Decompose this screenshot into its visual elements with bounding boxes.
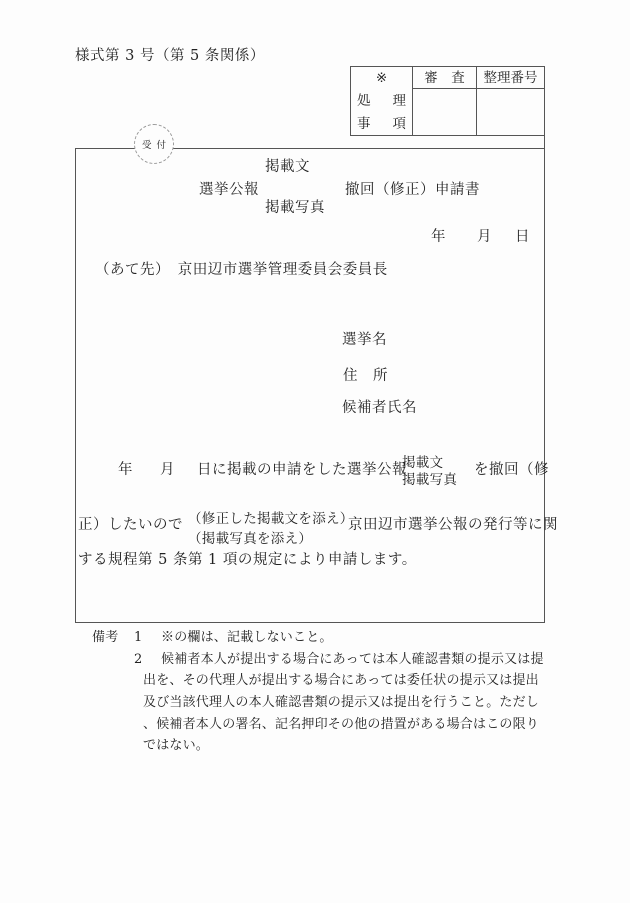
note-line: 候補者本人が提出する場合にあっては本人確認書類の提示又は提 [161, 651, 544, 669]
process-label-char: 処 [357, 89, 371, 109]
date-year-label: 年 [431, 228, 446, 248]
receipt-stamp: 受付 [134, 124, 174, 164]
form-page: 様式第 3 号（第 5 条関係） ※ 処 理 事 項 審 査 整理番号 受付 [0, 0, 630, 903]
title-main: 撤回（修正）申請書 [345, 181, 480, 201]
examination-blank-cell [413, 89, 476, 135]
reference-number-blank-cell [477, 89, 544, 135]
receipt-stamp-label: 受付 [137, 137, 171, 151]
note-line: ※の欄は、記載しないこと。 [161, 629, 333, 647]
date-day-label: 日 [515, 228, 530, 248]
body-year-label: 年 [118, 461, 133, 481]
process-table: ※ 処 理 事 項 審 査 整理番号 [350, 66, 545, 136]
body-line1-text: 日に掲載の申請をした選挙公報 [197, 461, 407, 481]
addressee: （あて先） 京田辺市選挙管理委員会委員長 [95, 261, 388, 281]
process-label-char: 項 [393, 112, 407, 132]
reference-number-header: 整理番号 [477, 67, 544, 89]
body-attach-option-top: （修正した掲載文を添え） [188, 510, 354, 528]
note-line: 出を、その代理人が提出する場合にあっては委任状の提示又は提出 [143, 672, 539, 690]
body-option-bottom: 掲載写真 [402, 471, 457, 489]
process-label-char: 事 [357, 112, 371, 132]
note-number: 2 [134, 651, 142, 669]
body-line3: する規程第 5 条第 1 項の規定により申請します。 [78, 551, 417, 571]
note-line: 及び当該代理人の本人確認書類の提示又は提出を行うこと。ただし [143, 694, 539, 712]
asterisk-mark: ※ [357, 70, 406, 86]
title-option-top: 掲載文 [265, 158, 310, 178]
reference-number-column: 整理番号 [477, 67, 544, 135]
title-option-bottom: 掲載写真 [265, 199, 325, 219]
examination-column: 審 査 [413, 67, 477, 135]
note-number: 1 [134, 629, 142, 647]
process-items-cell: ※ 処 理 事 項 [351, 67, 413, 135]
form-number: 様式第 3 号（第 5 条関係） [75, 47, 265, 67]
table-box-connector-line [544, 135, 545, 149]
process-label-line1: 処 理 [357, 89, 406, 109]
field-label-address: 住 所 [343, 367, 388, 387]
note-line: ではない。 [143, 737, 209, 755]
date-month-label: 月 [477, 228, 492, 248]
body-line2-tail: 京田辺市選挙公報の発行等に関 [348, 516, 558, 536]
field-label-election-name: 選挙名 [342, 331, 387, 351]
process-label-char: 理 [393, 89, 407, 109]
note-line: 、候補者本人の署名、記名押印その他の措置がある場合はこの限り [143, 716, 539, 734]
process-label-line2: 事 項 [357, 112, 406, 132]
body-line2-head: 正）したいので [78, 516, 183, 536]
examination-header: 審 査 [413, 67, 476, 89]
title-subject: 選挙公報 [199, 181, 259, 201]
body-line1-tail: を撤回（修 [474, 461, 549, 481]
notes-label: 備考 [92, 629, 118, 647]
body-attach-option-bottom: （掲載写真を添え） [188, 530, 312, 548]
body-option-top: 掲載文 [402, 454, 443, 472]
field-label-candidate-name: 候補者氏名 [342, 399, 417, 419]
body-month-label: 月 [160, 461, 175, 481]
